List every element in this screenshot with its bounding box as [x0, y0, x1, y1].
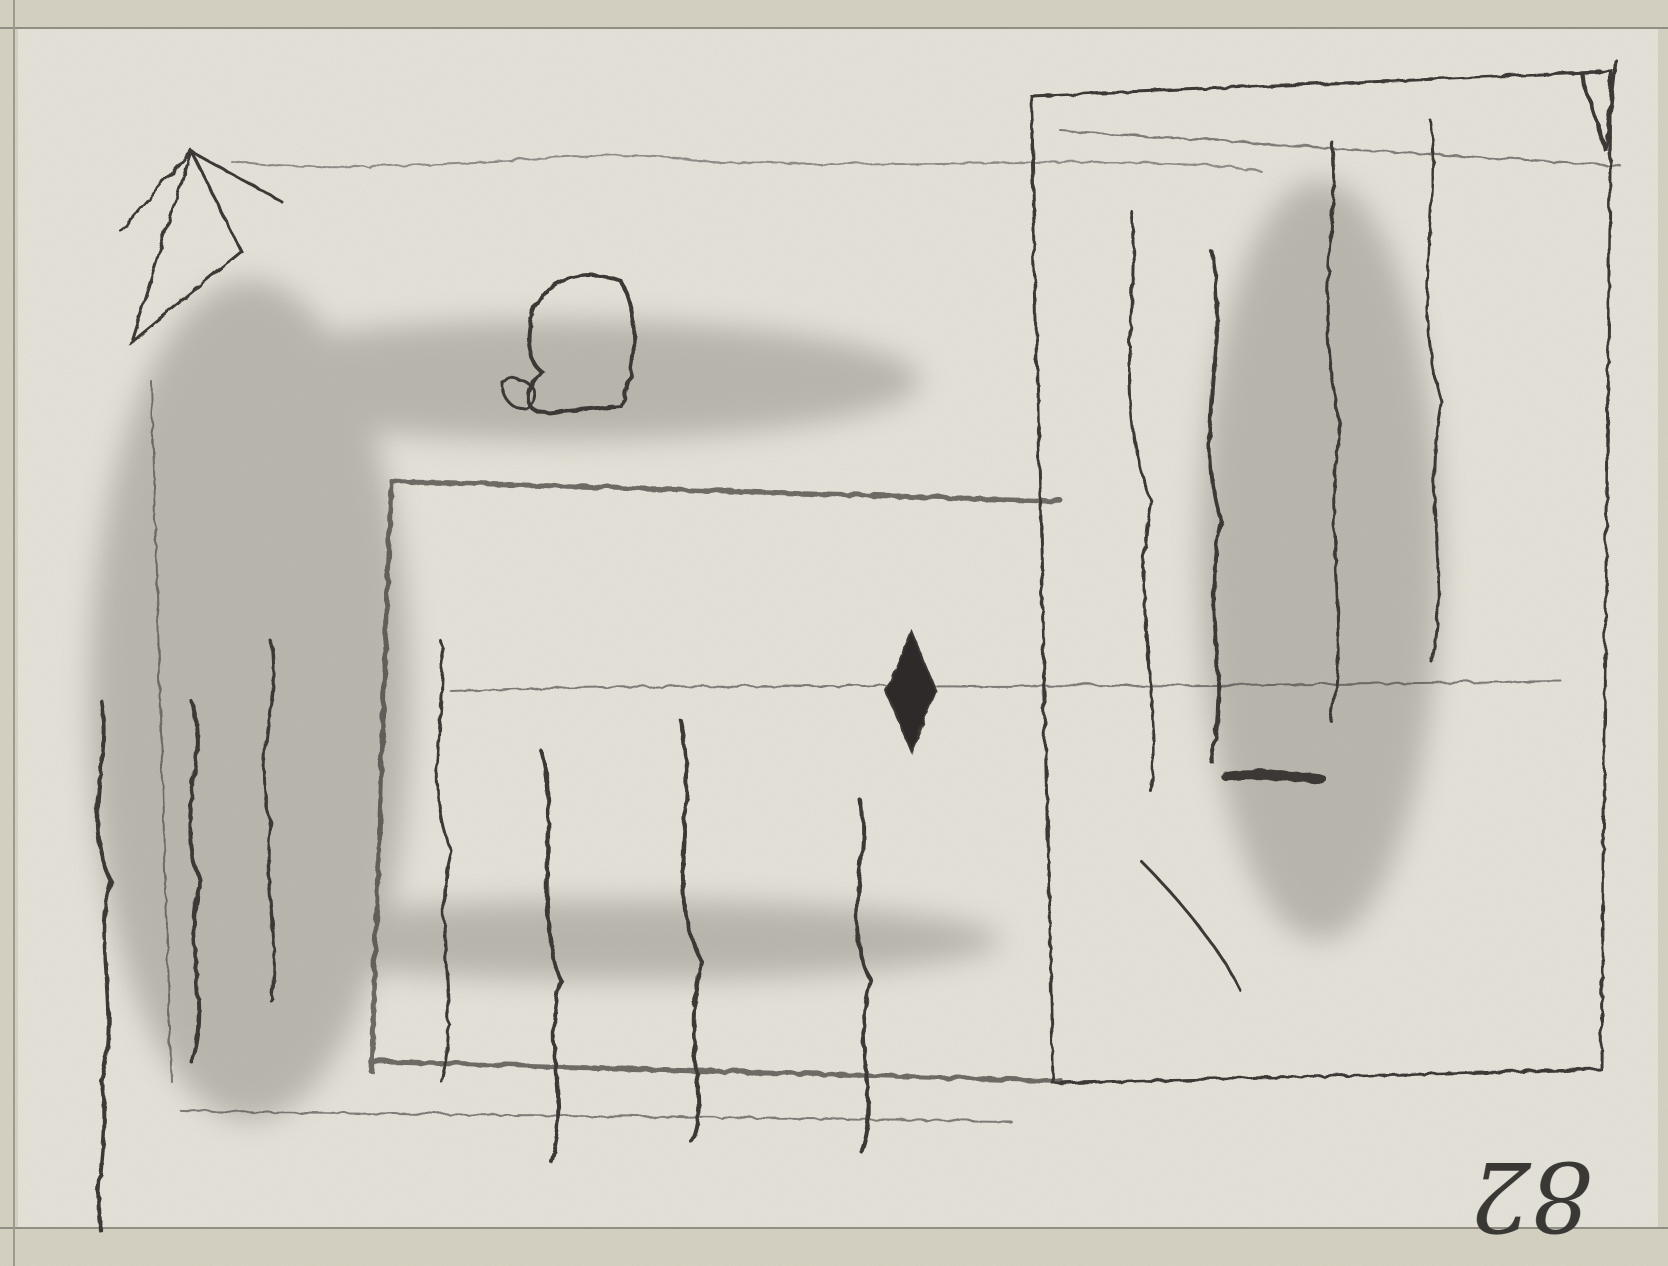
sketch-drawing: [0, 0, 1668, 1266]
sketch-sheet: 82: [0, 0, 1668, 1266]
page-number: 82: [1470, 1140, 1592, 1252]
